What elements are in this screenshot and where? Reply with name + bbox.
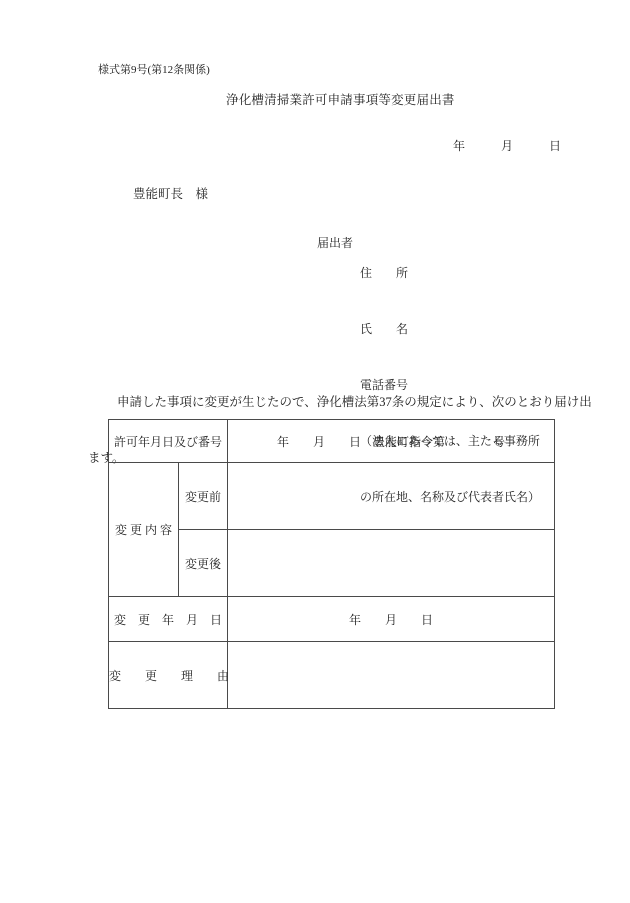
before-change-value-cell <box>228 463 555 530</box>
after-change-label-cell: 変更後 <box>179 530 228 597</box>
permit-date-number-label-cell: 許可年月日及び番号 <box>109 420 228 463</box>
notifier-name-line: 氏 名 <box>360 316 540 342</box>
notifier-label: 届出者 <box>317 230 353 256</box>
change-content-label-cell: 変 更 内 容 <box>109 463 179 597</box>
body-line-1: 申請した事項に変更が生じたので、浄化槽法第37条の規定により、次のとおり届け出 <box>88 389 592 415</box>
before-change-label-cell: 変更前 <box>179 463 228 530</box>
notifier-address-line: 住 所 <box>360 260 540 286</box>
change-reason-value-cell <box>228 642 555 709</box>
document-title: 浄化槽清掃業許可申請事項等変更届出書 <box>226 90 455 108</box>
change-reason-label-cell: 変 更 理 由 <box>109 642 228 709</box>
change-notification-table: 許可年月日及び番号 年 月 日 豊能町指令第 号 変 更 内 容 変更前 変更後… <box>108 419 555 709</box>
permit-date-number-value-cell: 年 月 日 豊能町指令第 号 <box>228 420 555 463</box>
document-page: 様式第9号(第12条関係) 浄化槽清掃業許可申請事項等変更届出書 年 月 日 豊… <box>0 0 630 903</box>
after-change-value-cell <box>228 530 555 597</box>
addressee-mayor: 豊能町長 様 <box>133 184 208 202</box>
change-date-value-cell: 年 月 日 <box>228 597 555 642</box>
submission-date-line: 年 月 日 <box>453 137 561 154</box>
change-date-label-cell: 変 更 年 月 日 <box>109 597 228 642</box>
form-number: 様式第9号(第12条関係) <box>98 61 210 77</box>
